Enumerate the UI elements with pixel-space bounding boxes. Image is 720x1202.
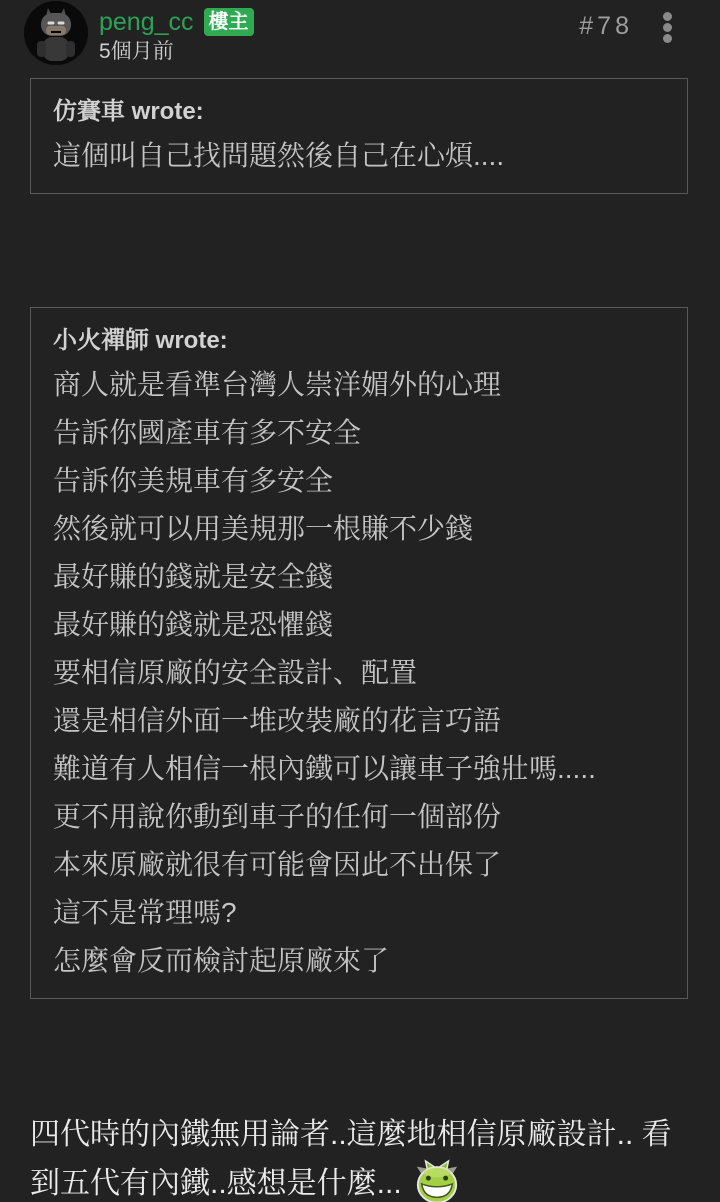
quote-line: 要相信原廠的安全設計、配置 [53,649,667,697]
quote-line: 告訴你國產車有多不安全 [53,409,667,457]
laughing-android-emoji [414,1159,460,1202]
wrote-label: wrote: [125,98,204,125]
reply-text: 四代時的內鐵無用論者..這麼地相信原廠設計.. 看到五代有內鐵..感想是什麼..… [30,1111,690,1202]
post-number: #78 [579,12,633,40]
quote-line: 更不用說你動到車子的任何一個部份 [53,793,667,841]
quote-block-1: 仿賽車 wrote: 這個叫自己找問題然後自己在心煩.... [30,78,688,194]
kebab-dot [663,23,672,32]
kebab-dot [663,34,672,43]
quote-line: 商人就是看準台灣人崇洋媚外的心理 [53,361,667,409]
user-avatar[interactable] [24,1,88,65]
quote-line: 最好賺的錢就是安全錢 [53,553,667,601]
reply-body: 四代時的內鐵無用論者..這麼地相信原廠設計.. 看到五代有內鐵..感想是什麼..… [30,1118,672,1200]
kebab-menu-icon[interactable] [661,12,674,43]
quote-line: 本來原廠就很有可能會因此不出保了 [53,841,667,889]
quote-line: 最好賺的錢就是恐懼錢 [53,601,667,649]
quote-line: 這不是常理嗎? [53,889,667,937]
wrote-label: wrote: [149,327,228,354]
quoted-author: 小火禪師 [53,327,149,354]
quote-block-2: 小火禪師 wrote: 商人就是看準台灣人崇洋媚外的心理 告訴你國產車有多不安全… [30,307,688,999]
batman-avatar-image [24,1,88,65]
quote-line: 然後就可以用美規那一根賺不少錢 [53,505,667,553]
quote-line: 還是相信外面一堆改裝廠的花言巧語 [53,697,667,745]
op-badge: 樓主 [204,8,254,36]
quote-line: 告訴你美規車有多安全 [53,457,667,505]
kebab-dot [663,12,672,21]
post-timestamp: 5個月前 [99,40,254,64]
username-link[interactable]: peng_cc [99,9,194,35]
quote-title: 小火禪師 wrote: [53,324,667,358]
quote-title: 仿賽車 wrote: [53,95,667,129]
post-header: peng_cc 樓主 5個月前 #78 [0,0,720,66]
quote-line: 怎麼會反而檢討起原廠來了 [53,937,667,985]
quote-line: 難道有人相信一根內鐵可以讓車子強壯嗎..... [53,745,667,793]
quoted-author: 仿賽車 [53,98,125,125]
user-info: peng_cc 樓主 5個月前 [99,0,254,64]
quote-line: 這個叫自己找問題然後自己在心煩.... [53,132,667,180]
